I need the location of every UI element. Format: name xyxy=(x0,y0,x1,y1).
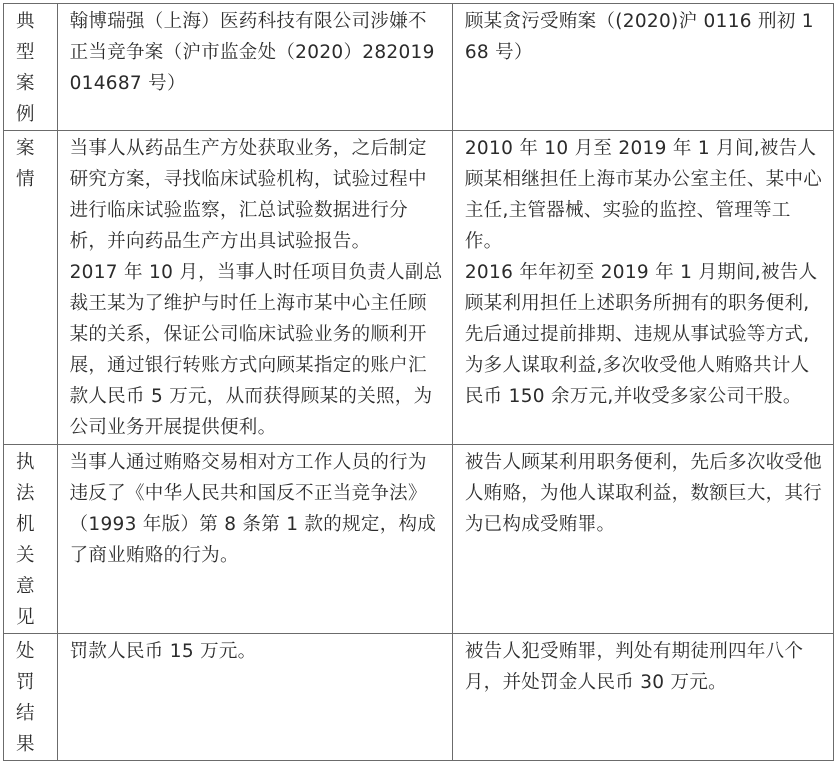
cell-case2-title: 顾某贪污受贿案（(2020)沪 0116 刑初 168 号） xyxy=(452,4,833,131)
case1-title-text: 翰博瑞强（上海）医药科技有限公司涉嫌不正当竞争案（沪市监金处（2020）2820… xyxy=(70,6,444,99)
case1-facts-para-1: 当事人从药品生产方处获取业务，之后制定研究方案，寻找临床试验机构，试验过程中进行… xyxy=(70,133,444,257)
case2-opinion-text: 被告人顾某利用职务便利，先后多次收受他人贿赂，为他人谋取利益，数额巨大，其行为已… xyxy=(465,447,825,540)
row-label-text: 执法机关意见 xyxy=(16,447,38,633)
cell-case2-penalty: 被告人犯受贿罪，判处有期徒刑四年八个月，并处罚金人民币 30 万元。 xyxy=(452,634,833,761)
row-label-text: 处罚结果 xyxy=(16,636,38,760)
case-comparison-table: 典型案例 翰博瑞强（上海）医药科技有限公司涉嫌不正当竞争案（沪市监金处（2020… xyxy=(3,3,834,761)
case1-penalty-text: 罚款人民币 15 万元。 xyxy=(70,636,444,667)
cell-case2-facts: 2010 年 10 月至 2019 年 1 月间,被告人顾某相继担任上海市某办公… xyxy=(452,131,833,445)
row-label-facts: 案情 xyxy=(4,131,58,445)
cell-case1-facts: 当事人从药品生产方处获取业务，之后制定研究方案，寻找临床试验机构，试验过程中进行… xyxy=(57,131,452,445)
case2-facts-para-1: 2010 年 10 月至 2019 年 1 月间,被告人顾某相继担任上海市某办公… xyxy=(465,133,825,257)
row-label-penalty: 处罚结果 xyxy=(4,634,58,761)
cell-case2-opinion: 被告人顾某利用职务便利，先后多次收受他人贿赂，为他人谋取利益，数额巨大，其行为已… xyxy=(452,445,833,634)
table-row-typical-case: 典型案例 翰博瑞强（上海）医药科技有限公司涉嫌不正当竞争案（沪市监金处（2020… xyxy=(4,4,834,131)
case2-title-text: 顾某贪污受贿案（(2020)沪 0116 刑初 168 号） xyxy=(465,6,825,68)
table-row-authority-opinion: 执法机关意见 当事人通过贿赂交易相对方工作人员的行为违反了《中华人民共和国反不正… xyxy=(4,445,834,634)
table-row-facts: 案情 当事人从药品生产方处获取业务，之后制定研究方案，寻找临床试验机构，试验过程… xyxy=(4,131,834,445)
case1-opinion-text: 当事人通过贿赂交易相对方工作人员的行为违反了《中华人民共和国反不正当竞争法》（1… xyxy=(70,447,444,571)
row-label-text: 案情 xyxy=(16,133,38,195)
cell-case1-title: 翰博瑞强（上海）医药科技有限公司涉嫌不正当竞争案（沪市监金处（2020）2820… xyxy=(57,4,452,131)
case2-facts-para-2: 2016 年年初至 2019 年 1 月期间,被告人顾某利用担任上述职务所拥有的… xyxy=(465,257,825,412)
cell-case1-opinion: 当事人通过贿赂交易相对方工作人员的行为违反了《中华人民共和国反不正当竞争法》（1… xyxy=(57,445,452,634)
row-label-text: 典型案例 xyxy=(16,6,38,130)
row-label-authority-opinion: 执法机关意见 xyxy=(4,445,58,634)
case2-penalty-text: 被告人犯受贿罪，判处有期徒刑四年八个月，并处罚金人民币 30 万元。 xyxy=(465,636,825,698)
cell-case1-penalty: 罚款人民币 15 万元。 xyxy=(57,634,452,761)
row-label-typical-case: 典型案例 xyxy=(4,4,58,131)
table-row-penalty: 处罚结果 罚款人民币 15 万元。 被告人犯受贿罪，判处有期徒刑四年八个月，并处… xyxy=(4,634,834,761)
case1-facts-para-2: 2017 年 10 月，当事人时任项目负责人副总裁王某为了维护与时任上海市某中心… xyxy=(70,257,444,443)
